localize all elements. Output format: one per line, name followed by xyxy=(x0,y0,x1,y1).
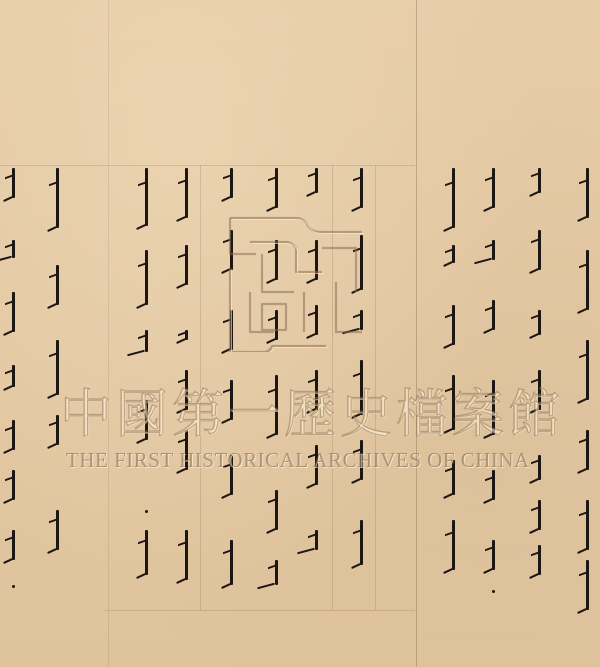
manchu-word xyxy=(275,168,278,208)
manchu-word xyxy=(538,230,541,270)
manchu-word xyxy=(12,365,15,387)
manchu-word xyxy=(538,310,541,335)
punctuation-dot xyxy=(145,510,148,513)
manchu-word xyxy=(56,168,59,228)
manchu-word xyxy=(185,245,188,285)
manchu-word xyxy=(230,168,233,198)
manchu-word xyxy=(538,168,541,193)
manchu-word xyxy=(586,500,589,550)
manchu-word xyxy=(492,470,495,500)
manchu-word xyxy=(492,240,495,260)
manchu-word xyxy=(452,520,455,570)
manchu-word xyxy=(56,340,59,395)
manchu-word xyxy=(12,292,15,332)
punctuation-dot xyxy=(492,590,495,593)
horizontal-rule-bottom xyxy=(105,610,415,611)
manchu-word xyxy=(586,430,589,470)
horizontal-rule-top xyxy=(0,165,415,166)
vertical-fold-line-left xyxy=(108,0,109,667)
manchu-word xyxy=(538,500,541,530)
manchu-word xyxy=(275,560,278,585)
manchu-word xyxy=(492,300,495,330)
watermark-chinese: 中國第一歷史檔案館 xyxy=(60,372,540,447)
manchu-word xyxy=(56,415,59,445)
manchu-word xyxy=(185,168,188,218)
manchu-word xyxy=(275,490,278,530)
manchu-word xyxy=(185,330,188,340)
manchu-word xyxy=(185,530,188,580)
manchu-word xyxy=(360,168,363,208)
manchu-word xyxy=(315,530,318,550)
manchu-word xyxy=(315,168,318,193)
manchu-word xyxy=(145,250,148,305)
manchu-word xyxy=(452,305,455,345)
manchu-word xyxy=(12,470,15,500)
punctuation-dot xyxy=(12,585,15,588)
manchu-word xyxy=(145,530,148,575)
manchu-word xyxy=(56,265,59,305)
manchu-word xyxy=(360,520,363,565)
punctuation-dot xyxy=(230,575,233,578)
manchu-word xyxy=(145,330,148,352)
manchu-word xyxy=(586,250,589,310)
manchu-word xyxy=(586,340,589,400)
manchu-word xyxy=(452,245,455,263)
manchu-word xyxy=(145,168,148,226)
first-historical-archives-seal-icon xyxy=(226,212,366,352)
manchu-word xyxy=(230,540,233,585)
manchu-word xyxy=(452,168,455,228)
manchu-word xyxy=(12,168,15,198)
manchu-word xyxy=(492,540,495,570)
manchu-word xyxy=(538,455,541,480)
manchu-word xyxy=(12,240,15,258)
manchu-word xyxy=(492,168,495,208)
manchu-word xyxy=(538,545,541,575)
vertical-fold-line xyxy=(416,0,417,667)
manchu-word xyxy=(56,510,59,550)
manchu-word xyxy=(586,168,589,218)
watermark-english: THE FIRST HISTORICAL ARCHIVES OF CHINA xyxy=(66,448,536,473)
manchu-word xyxy=(12,420,15,450)
manchu-word xyxy=(586,560,589,610)
manchu-word xyxy=(12,530,15,560)
document-scan: 中國第一歷史檔案館 THE FIRST HISTORICAL ARCHIVES … xyxy=(0,0,600,667)
